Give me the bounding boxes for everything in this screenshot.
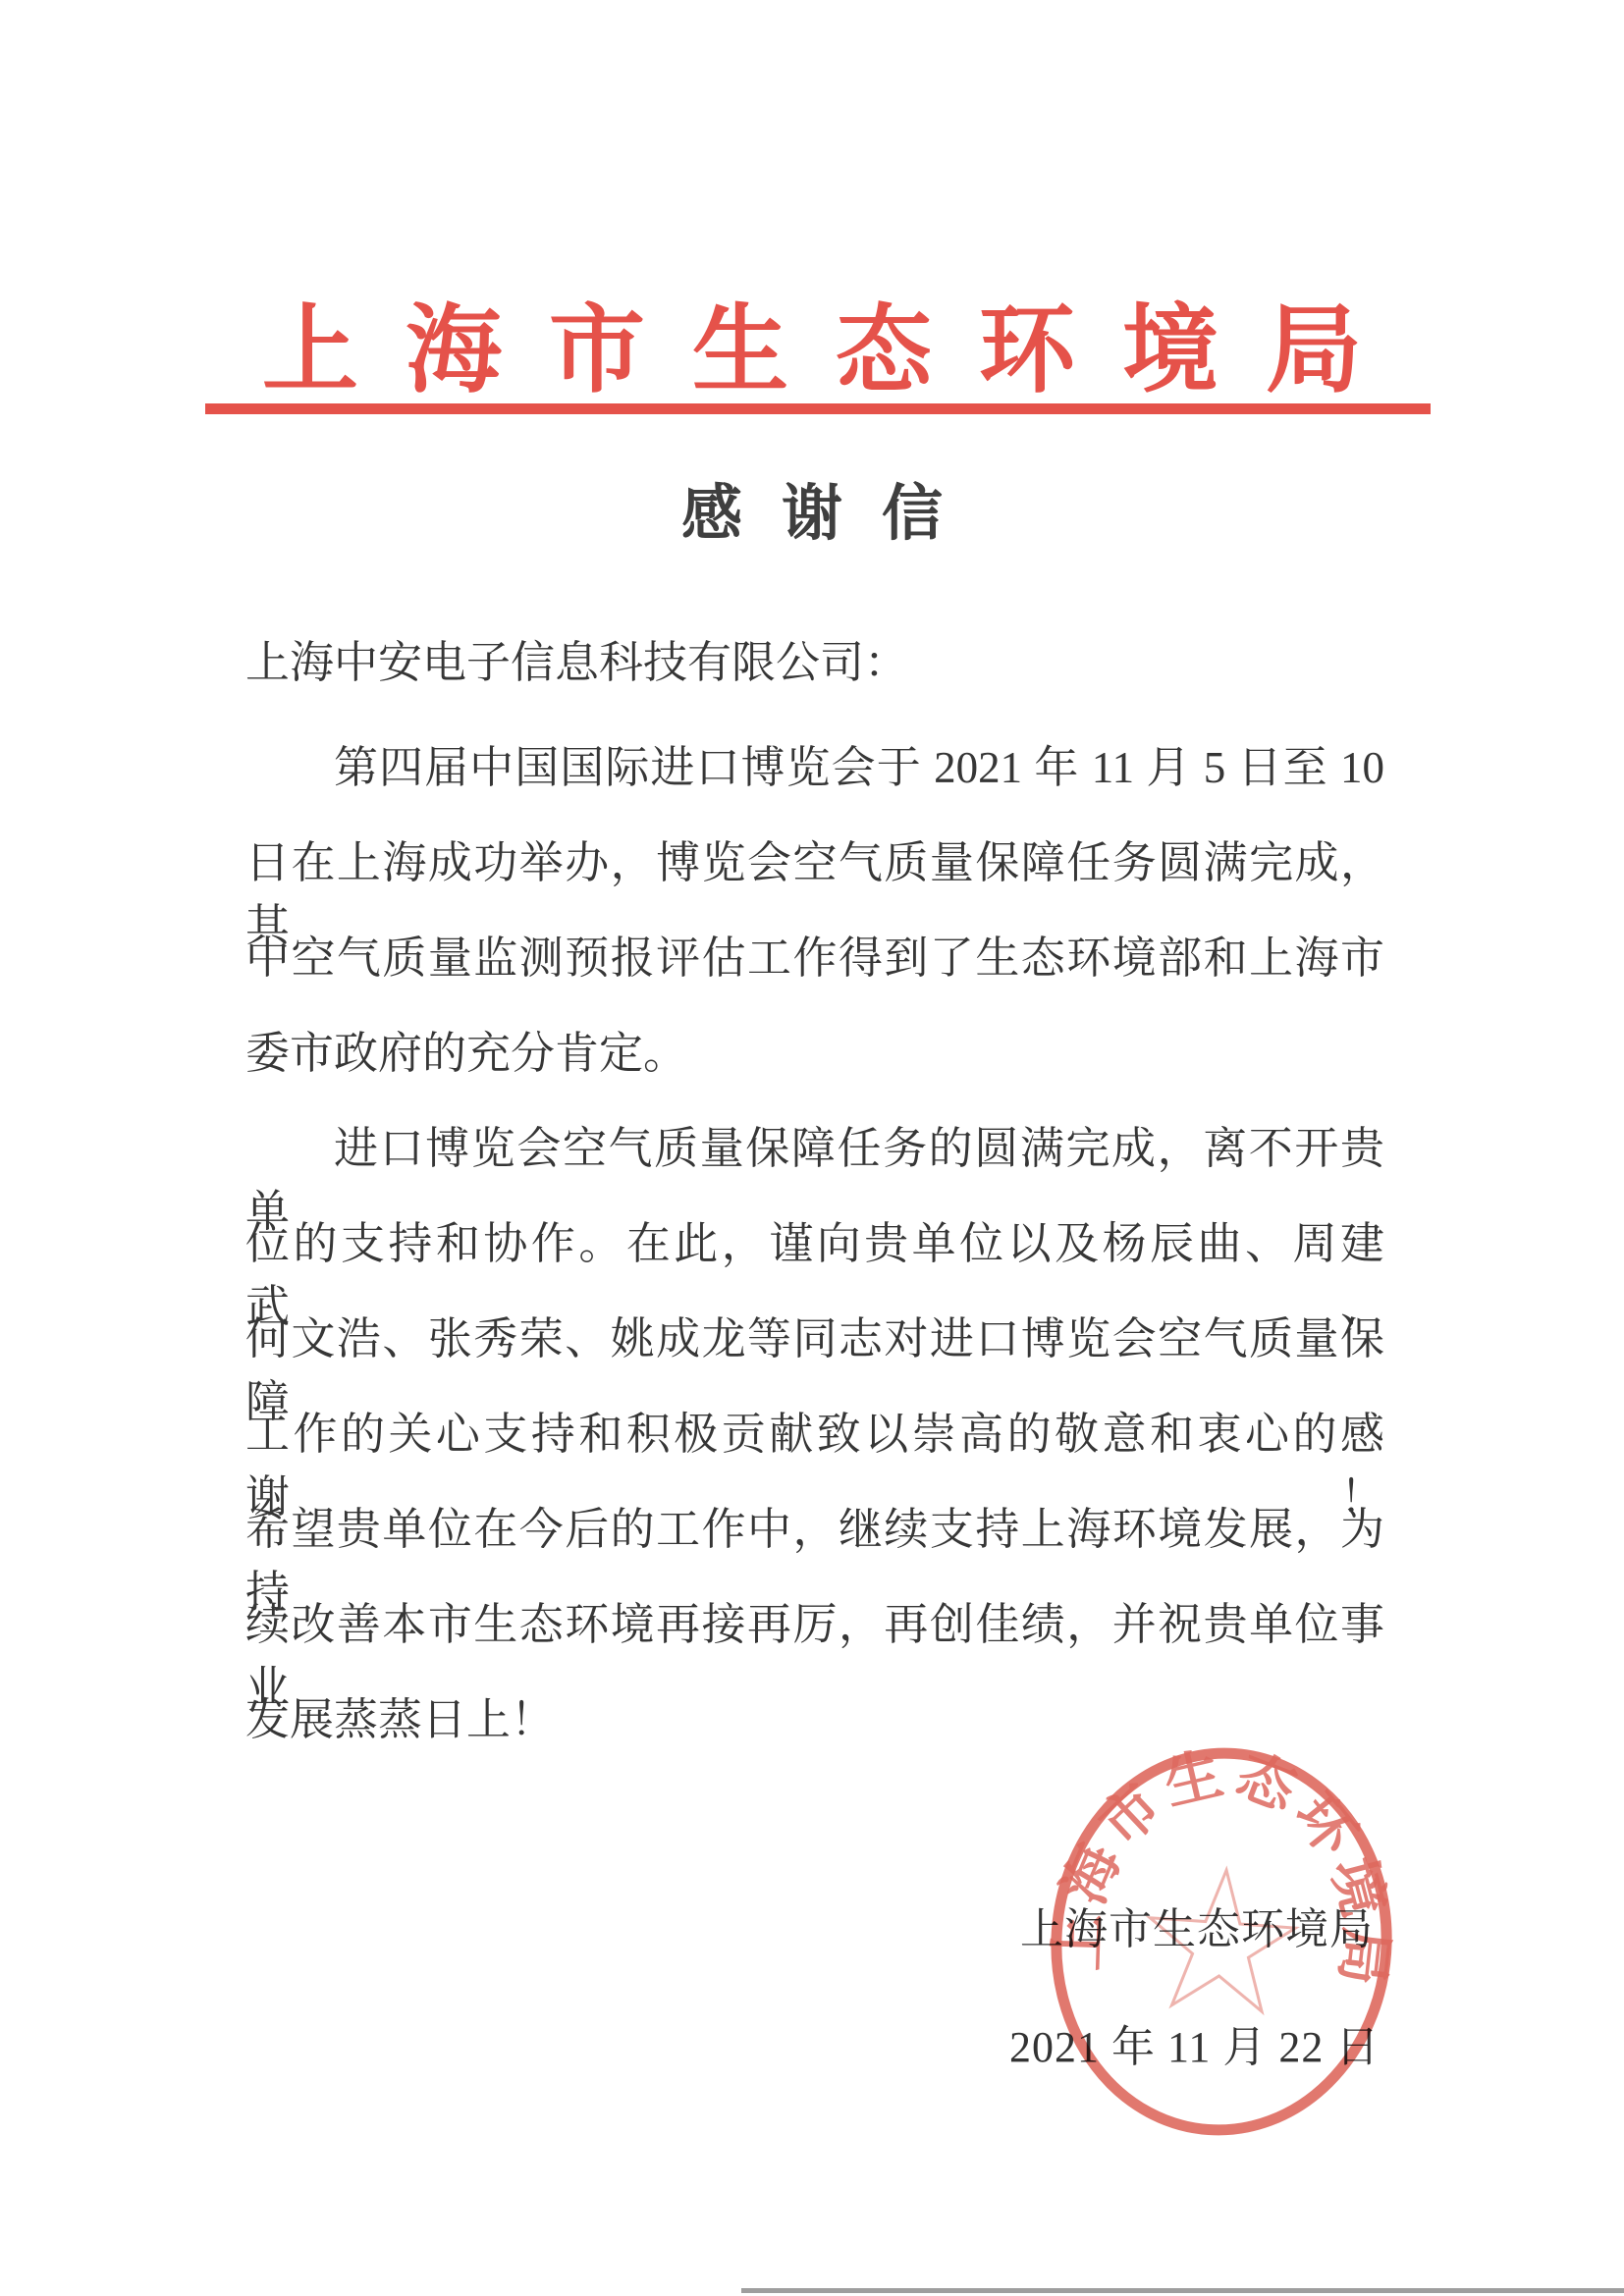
body-line: 何文浩、张秀荣、姚成龙等同志对进口博览会空气质量保障 xyxy=(245,1308,1384,1403)
salutation: 上海中安电子信息科技有限公司： xyxy=(245,633,1384,736)
letterhead-title: 上海市生态环境局 xyxy=(0,273,1624,411)
svg-text:上海市生态环境局: 上海市生态环境局 xyxy=(1043,1730,1410,1995)
body-line: 续改善本市生态环境再接再厉，再创佳绩，并祝贵单位事业 xyxy=(245,1593,1384,1688)
paragraph-1: 第四届中国国际进口博览会于 2021 年 11 月 5 日至 10 日在上海成功… xyxy=(245,736,1384,1117)
letter-title: 感谢信 xyxy=(0,464,1624,552)
paragraph-2: 进口博览会空气质量保障任务的圆满完成，离不开贵单 位的支持和协作。在此，谨向贵单… xyxy=(245,1117,1384,1784)
body-line: 日在上海成功举办，博览会空气质量保障任务圆满完成，其 xyxy=(245,831,1384,927)
scan-edge-artifact xyxy=(741,2288,1624,2293)
body-line: 委市政府的充分肯定。 xyxy=(245,1022,1384,1117)
body-line: 位的支持和协作。在此，谨向贵单位以及杨辰曲、周建武、 xyxy=(245,1212,1384,1308)
body-line: 进口博览会空气质量保障任务的圆满完成，离不开贵单 xyxy=(245,1117,1384,1212)
body-line: 第四届中国国际进口博览会于 2021 年 11 月 5 日至 10 xyxy=(245,736,1384,831)
seal-star xyxy=(1144,1865,1299,2013)
body-line: 中空气质量监测预报评估工作得到了生态环境部和上海市 xyxy=(245,927,1384,1022)
seal-arc-text: 上海市生态环境局 xyxy=(1043,1730,1410,1995)
body-line: 希望贵单位在今后的工作中，继续支持上海环境发展，为持 xyxy=(245,1498,1384,1593)
scanned-letter-page: 上海市生态环境局 感谢信 上海中安电子信息科技有限公司： 第四届中国国际进口博览… xyxy=(0,0,1624,2296)
official-seal: 上海市生态环境局 xyxy=(1021,1723,1422,2160)
letterhead-rule xyxy=(205,403,1431,414)
body-line: 工作的关心支持和积极贡献致以崇高的敬意和衷心的感谢！ xyxy=(245,1403,1384,1498)
letter-body: 上海中安电子信息科技有限公司： 第四届中国国际进口博览会于 2021 年 11 … xyxy=(245,633,1384,1784)
